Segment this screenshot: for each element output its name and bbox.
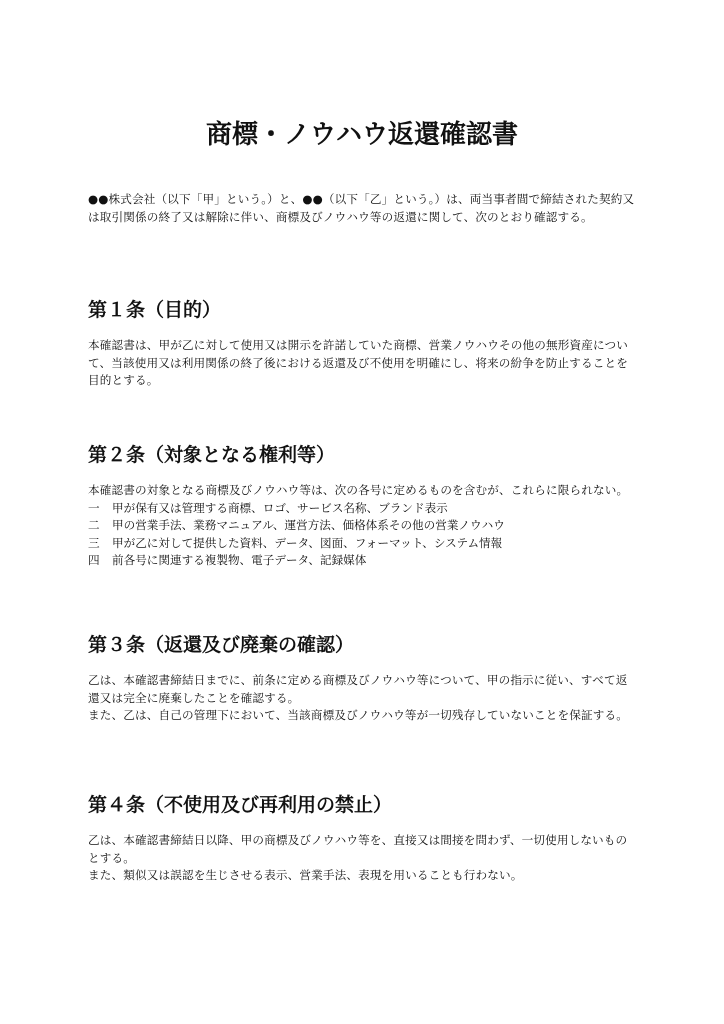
article-paragraph: 乙は、本確認書締結日以降、甲の商標及びノウハウ等を、直接又は間接を問わず、一切使… bbox=[88, 832, 636, 867]
article-4: 第４条（不使用及び再利用の禁止） 乙は、本確認書締結日以降、甲の商標及びノウハウ… bbox=[88, 792, 636, 885]
article-paragraph: 乙は、本確認書締結日までに、前条に定める商標及びノウハウ等について、甲の指示に従… bbox=[88, 672, 636, 707]
list-item: 三 甲が乙に対して提供した資料、データ、図面、フォーマット、システム情報 bbox=[88, 535, 636, 553]
article-paragraph: 本確認書の対象となる商標及びノウハウ等は、次の各号に定めるものを含むが、これらに… bbox=[88, 482, 636, 500]
article-heading: 第１条（目的） bbox=[88, 297, 636, 323]
item-text: 甲が保有又は管理する商標、ロゴ、サービス名称、ブランド表示 bbox=[112, 500, 448, 518]
article-heading: 第４条（不使用及び再利用の禁止） bbox=[88, 792, 636, 818]
article-paragraph: また、乙は、自己の管理下において、当該商標及びノウハウ等が一切残存していないこと… bbox=[88, 707, 636, 725]
article-3: 第３条（返還及び廃棄の確認） 乙は、本確認書締結日までに、前条に定める商標及びノ… bbox=[88, 632, 636, 725]
list-item: 二 甲の営業手法、業務マニュアル、運営方法、価格体系その他の営業ノウハウ bbox=[88, 517, 636, 535]
item-number: 三 bbox=[88, 535, 112, 553]
article-2: 第２条（対象となる権利等） 本確認書の対象となる商標及びノウハウ等は、次の各号に… bbox=[88, 442, 636, 570]
list-item: 一 甲が保有又は管理する商標、ロゴ、サービス名称、ブランド表示 bbox=[88, 500, 636, 518]
item-number: 一 bbox=[88, 500, 112, 518]
document-title: 商標・ノウハウ返還確認書 bbox=[88, 117, 636, 153]
item-number: 二 bbox=[88, 517, 112, 535]
article-1: 第１条（目的） 本確認書は、甲が乙に対して使用又は開示を許諾していた商標、営業ノ… bbox=[88, 297, 636, 390]
item-number: 四 bbox=[88, 552, 112, 570]
item-list: 一 甲が保有又は管理する商標、ロゴ、サービス名称、ブランド表示 二 甲の営業手法… bbox=[88, 500, 636, 570]
item-text: 甲の営業手法、業務マニュアル、運営方法、価格体系その他の営業ノウハウ bbox=[112, 517, 505, 535]
item-text: 甲が乙に対して提供した資料、データ、図面、フォーマット、システム情報 bbox=[112, 535, 502, 553]
list-item: 四 前各号に関連する複製物、電子データ、記録媒体 bbox=[88, 552, 636, 570]
article-paragraph: また、類似又は誤認を生じさせる表示、営業手法、表現を用いることも行わない。 bbox=[88, 867, 636, 885]
article-heading: 第３条（返還及び廃棄の確認） bbox=[88, 632, 636, 658]
article-paragraph: 本確認書は、甲が乙に対して使用又は開示を許諾していた商標、営業ノウハウその他の無… bbox=[88, 337, 636, 390]
article-heading: 第２条（対象となる権利等） bbox=[88, 442, 636, 468]
intro-paragraph: ●●株式会社（以下「甲」という。）と、●●（以下「乙」という。）は、両当事者間で… bbox=[88, 191, 636, 226]
item-text: 前各号に関連する複製物、電子データ、記録媒体 bbox=[112, 552, 366, 570]
